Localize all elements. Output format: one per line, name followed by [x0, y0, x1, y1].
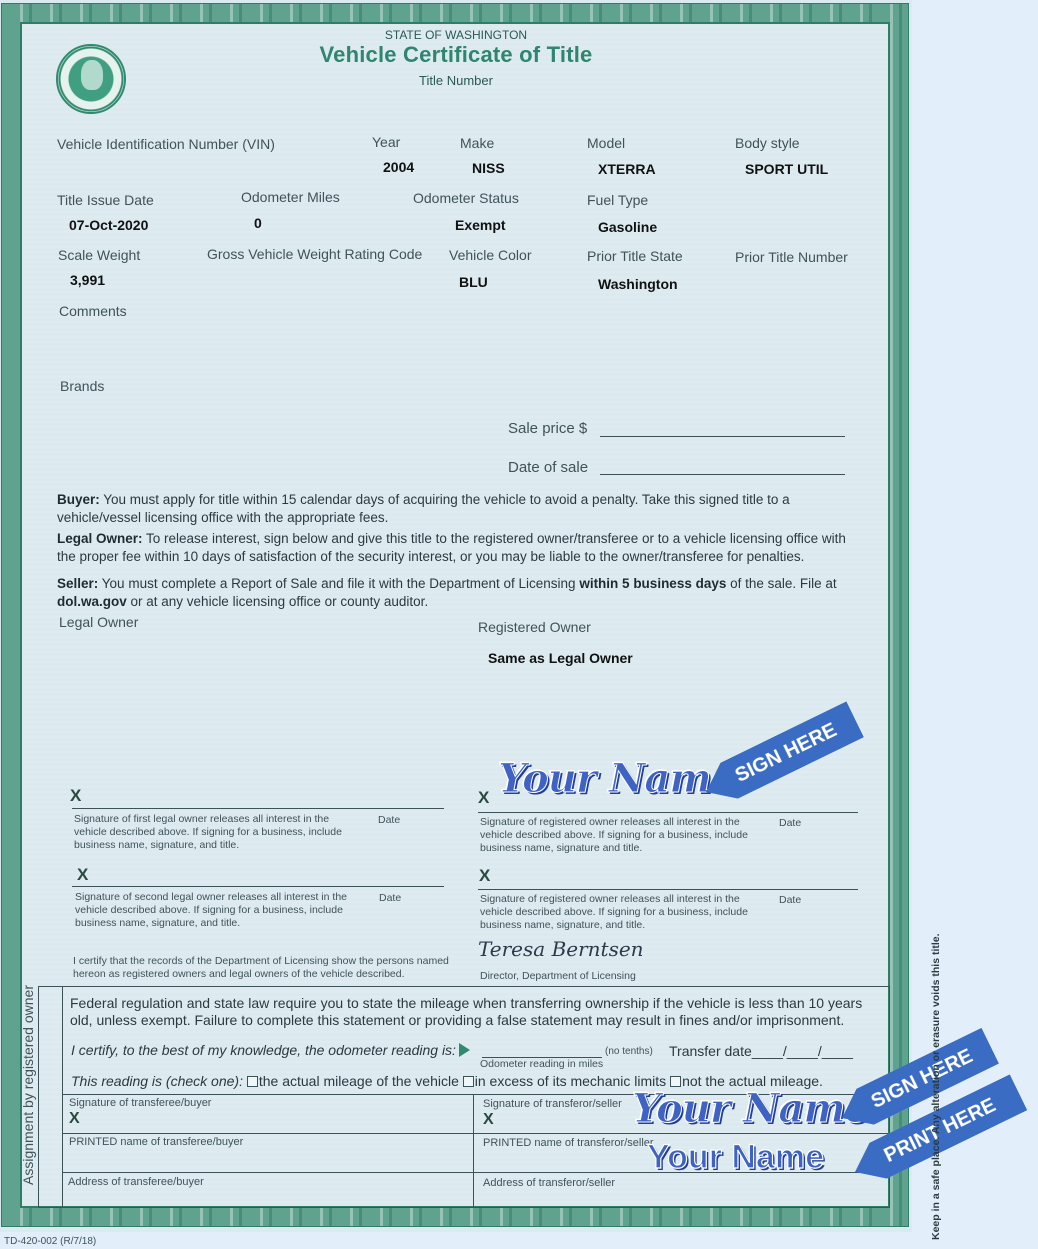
document-title: Vehicle Certificate of Title	[0, 42, 912, 68]
seller-text-3: or at any vehicle licensing office or co…	[127, 594, 428, 609]
scale-weight-value: 3,991	[70, 272, 105, 288]
seller-heading: Seller:	[57, 576, 98, 591]
second-registered-owner-signature-line[interactable]	[478, 889, 858, 890]
buyer-address-label: Address of transferee/buyer	[68, 1176, 204, 1188]
scale-weight-label: Scale Weight	[58, 247, 140, 263]
vehicle-color-label: Vehicle Color	[449, 247, 532, 263]
seller-text-2: of the sale. File at	[726, 576, 836, 591]
fuel-type-value: Gasoline	[598, 219, 657, 235]
seller-printed-name-label: PRINTED name of transferor/seller	[483, 1137, 654, 1149]
gvwr-label: Gross Vehicle Weight Rating Code	[207, 246, 422, 262]
first-legal-owner-x: X	[70, 786, 81, 806]
odometer-miles-value: 0	[254, 215, 262, 231]
legal-owner-label: Legal Owner	[59, 614, 138, 630]
odometer-certify-text: I certify, to the best of my knowledge, …	[71, 1042, 456, 1058]
buyer-heading: Buyer:	[57, 492, 100, 507]
title-document: STATE OF WASHINGTON Vehicle Certificate …	[0, 0, 912, 1232]
legal-owner-text: To release interest, sign below and give…	[57, 531, 846, 564]
date-of-sale-field[interactable]	[600, 459, 845, 475]
assignment-side-divider	[62, 986, 63, 1208]
dol-certification: I certify that the records of the Depart…	[73, 955, 463, 981]
first-legal-owner-caption: Signature of first legal owner releases …	[74, 813, 344, 852]
model-label: Model	[587, 135, 625, 151]
comments-label: Comments	[59, 303, 127, 319]
registered-owner-signature-line[interactable]	[478, 812, 858, 813]
buyer-instructions: Buyer: You must apply for title within 1…	[57, 491, 847, 526]
make-label: Make	[460, 135, 494, 151]
buyer-printed-name-label: PRINTED name of transferee/buyer	[69, 1136, 243, 1148]
grid-rule-2	[62, 1133, 890, 1134]
sample-signature-owner: Your Name	[498, 755, 735, 802]
seller-instructions: Seller: You must complete a Report of Sa…	[57, 575, 857, 610]
sale-price-field[interactable]	[600, 421, 845, 437]
legal-owner-instructions: Legal Owner: To release interest, sign b…	[57, 530, 857, 565]
no-tenths-note: (no tenths)	[605, 1046, 653, 1057]
title-number-label: Title Number	[0, 73, 912, 88]
model-value: XTERRA	[598, 161, 656, 177]
sale-price-label: Sale price $	[508, 420, 587, 437]
prior-title-number-label: Prior Title Number	[735, 249, 848, 265]
seller-signature-x[interactable]: X	[483, 1111, 494, 1129]
seller-deadline: within 5 business days	[579, 576, 726, 591]
second-legal-owner-caption: Signature of second legal owner releases…	[75, 891, 347, 930]
checkbox-actual-mileage[interactable]	[247, 1076, 258, 1087]
brands-label: Brands	[60, 378, 104, 394]
second-legal-owner-signature-line[interactable]	[72, 886, 444, 887]
form-code: TD-420-002 (R/7/18)	[4, 1236, 96, 1247]
seller-text: You must complete a Report of Sale and f…	[98, 576, 579, 591]
registered-owner-caption-1: Signature of registered owner releases a…	[480, 816, 750, 855]
dol-website-link[interactable]: dol.wa.gov	[57, 594, 127, 609]
first-legal-owner-signature-line[interactable]	[72, 808, 444, 809]
registered-owner-label: Registered Owner	[478, 619, 591, 635]
grid-column-divider	[473, 1094, 474, 1208]
legal-owner-heading: Legal Owner:	[57, 531, 143, 546]
check-prompt: This reading is (check one):	[71, 1073, 243, 1089]
second-registered-owner-x: X	[479, 866, 490, 886]
state-name: STATE OF WASHINGTON	[0, 28, 912, 42]
buyer-signature-x[interactable]: X	[69, 1110, 80, 1128]
director-title: Director, Department of Licensing	[480, 970, 636, 983]
year-value: 2004	[383, 159, 414, 175]
odometer-caption: Odometer reading in miles	[480, 1058, 603, 1070]
odometer-miles-label: Odometer Miles	[241, 189, 340, 205]
checkbox-excess-limits[interactable]	[463, 1076, 474, 1087]
buyer-signature-label: Signature of transferee/buyer	[69, 1097, 211, 1109]
prior-title-state-label: Prior Title State	[587, 248, 683, 264]
odometer-status-label: Odometer Status	[413, 190, 519, 206]
seller-signature-label: Signature of transferor/seller	[483, 1098, 622, 1110]
second-legal-date-label: Date	[379, 892, 401, 905]
sample-signature-seller: Your Name	[632, 1085, 869, 1132]
date-of-sale-label: Date of sale	[508, 459, 588, 476]
registered-owner-date-label-2: Date	[779, 894, 801, 907]
federal-regulation-text: Federal regulation and state law require…	[70, 995, 870, 1029]
buyer-text: You must apply for title within 15 calen…	[57, 492, 790, 525]
keep-safe-note: Keep in a safe place. Any alteration or …	[930, 933, 942, 1240]
vin-label: Vehicle Identification Number (VIN)	[57, 136, 275, 152]
registered-owner-caption-2: Signature of registered owner releases a…	[480, 893, 750, 932]
assignment-side-label: Assignment by registered owner	[20, 985, 36, 1185]
vehicle-color-value: BLU	[459, 274, 488, 290]
odometer-certify-row: I certify, to the best of my knowledge, …	[71, 1042, 470, 1058]
year-label: Year	[372, 134, 400, 150]
fuel-type-label: Fuel Type	[587, 192, 648, 208]
odometer-reading-field[interactable]	[482, 1042, 602, 1058]
seller-address-label: Address of transferor/seller	[483, 1177, 615, 1189]
first-legal-date-label: Date	[378, 814, 400, 827]
prior-title-state-value: Washington	[598, 276, 678, 292]
registered-owner-date-label-1: Date	[779, 817, 801, 830]
body-style-label: Body style	[735, 135, 800, 151]
registered-owner-value: Same as Legal Owner	[488, 650, 633, 666]
second-legal-owner-x: X	[77, 865, 88, 885]
body-style-value: SPORT UTIL	[745, 161, 828, 177]
title-issue-date-label: Title Issue Date	[57, 192, 154, 208]
title-issue-date-value: 07-Oct-2020	[69, 217, 148, 233]
registered-owner-x: X	[478, 788, 489, 808]
transfer-date-field[interactable]: Transfer date____/____/____	[669, 1043, 853, 1059]
sample-printed-name-seller: Your Name	[647, 1138, 824, 1177]
director-signature: Teresa Berntsen	[478, 937, 644, 961]
make-value: NISS	[472, 160, 505, 176]
odometer-status-value: Exempt	[455, 217, 506, 233]
option-actual-mileage: the actual mileage of the vehicle	[259, 1073, 459, 1089]
green-arrow-icon	[459, 1043, 470, 1057]
